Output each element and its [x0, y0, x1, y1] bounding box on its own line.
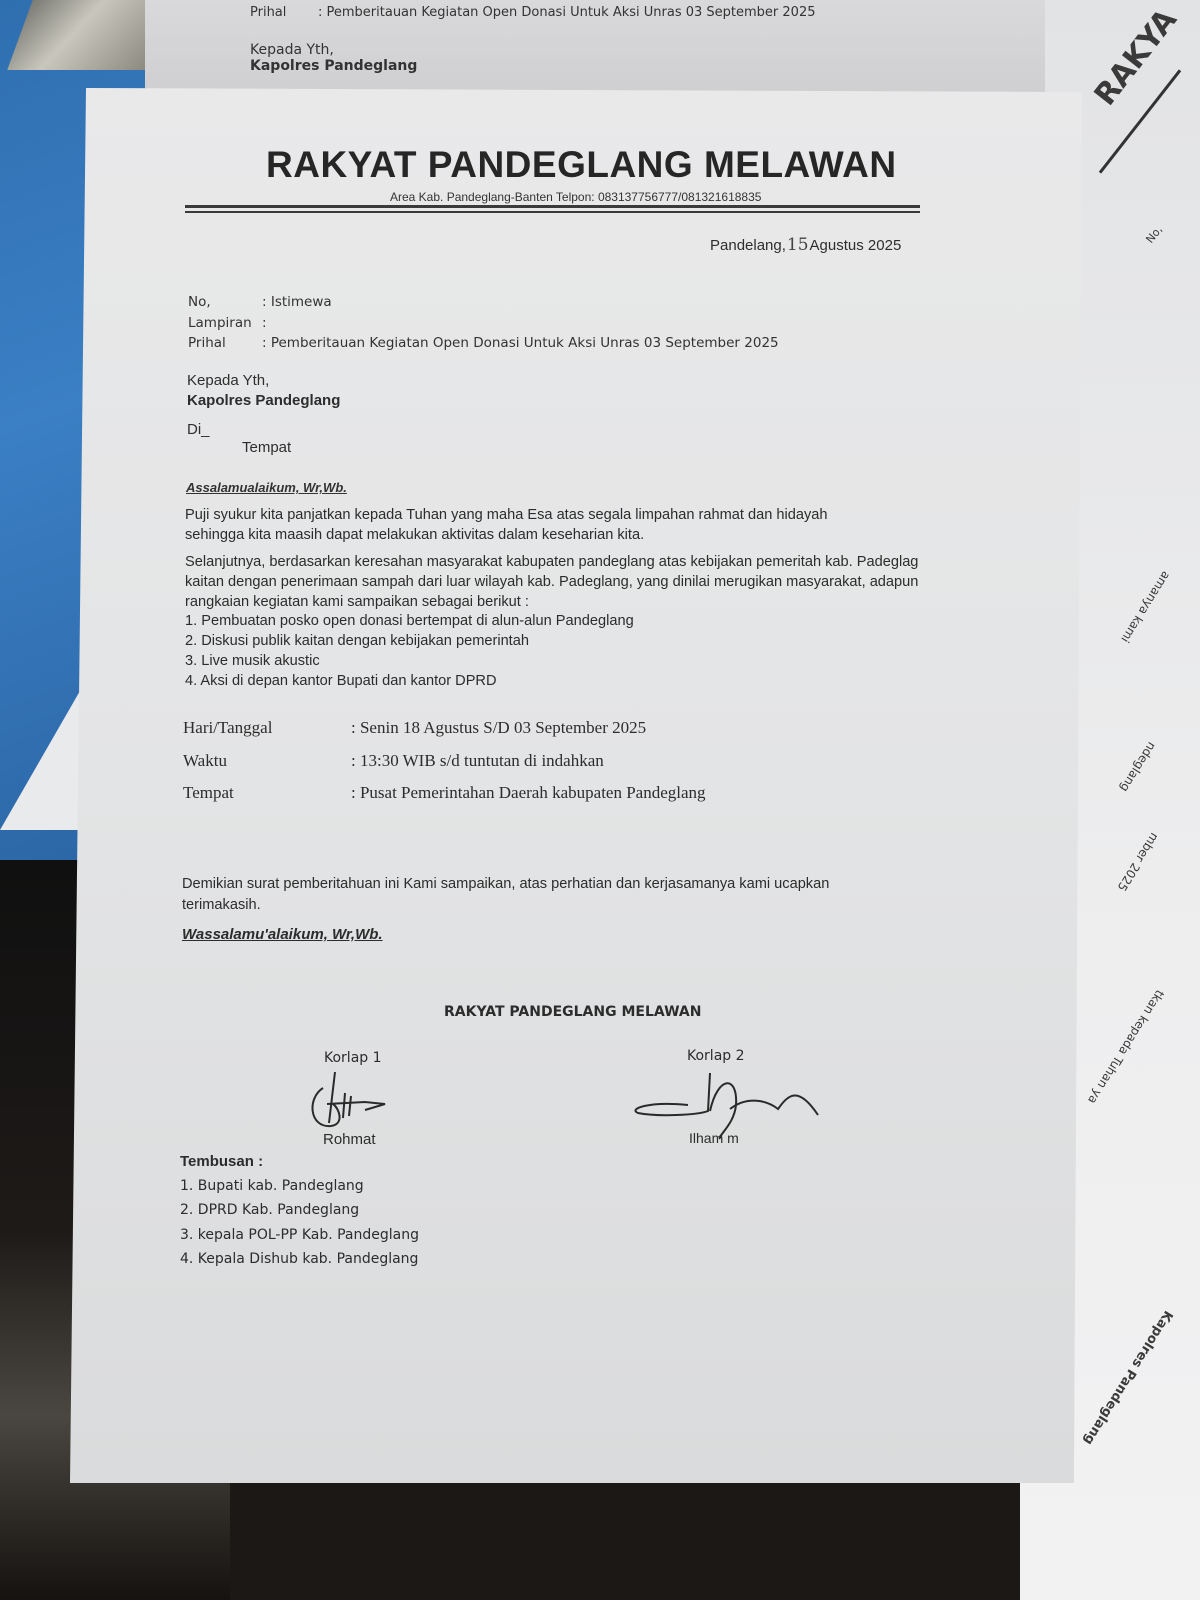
schedule-row: Waktu: 13:30 WIB s/d tuntutan di indahka… [183, 751, 604, 771]
date-rest: Agustus 2025 [810, 237, 902, 254]
tembusan-item: 4. Kepala Dishub kab. Pandeglang [180, 1251, 418, 1267]
meta-no: No,: Istimewa [188, 294, 332, 310]
recipient-intro: Kepada Yth, [187, 372, 269, 389]
recipient-place: Tempat [242, 439, 291, 456]
closing-paragraph: Demikian surat pemberitahuan ini Kami sa… [182, 874, 902, 916]
schedule-key: Hari/Tanggal [183, 718, 351, 738]
meta-label: Prihal [188, 335, 262, 351]
recipient-di: Di_ [187, 421, 210, 438]
paragraph-opening: Puji syukur kita panjatkan kepada Tuhan … [185, 505, 885, 545]
signer-1-role: Korlap 1 [324, 1050, 382, 1066]
greeting: Assalamualaikum, Wr,Wb. [186, 480, 347, 495]
schedule-row: Tempat: Pusat Pemerintahan Daerah kabupa… [183, 783, 706, 803]
letterhead-title: RAKYAT PANDEGLANG MELAWAN [266, 144, 897, 186]
activity-item: 3. Live musik akustic [185, 651, 634, 671]
date-place: Pandelang, [710, 237, 786, 254]
tembusan-item: 2. DPRD Kab. Pandeglang [180, 1202, 359, 1218]
schedule-value: : Pusat Pemerintahan Daerah kabupaten Pa… [351, 783, 706, 802]
handwritten-day: 15 [787, 235, 809, 255]
letterhead-rule [185, 205, 920, 208]
meta-prihal: Prihal: Pemberitauan Kegiatan Open Donas… [188, 335, 779, 351]
signer-2-name: Ilham m [689, 1130, 739, 1146]
tembusan-title: Tembusan : [180, 1153, 263, 1170]
recipient-name: Kapolres Pandeglang [187, 392, 340, 409]
activity-item: 2. Diskusi publik kaitan dengan kebijaka… [185, 631, 634, 651]
activity-item: 1. Pembuatan posko open donasi bertempat… [185, 611, 634, 631]
letterhead-address: Area Kab. Pandeglang-Banten Telpon: 0831… [390, 190, 761, 204]
letterhead-rule [185, 211, 920, 213]
tembusan-item: 3. kepala POL-PP Kab. Pandeglang [180, 1227, 419, 1243]
schedule-row: Hari/Tanggal: Senin 18 Agustus S/D 03 Se… [183, 718, 646, 738]
tembusan-item: 1. Bupati kab. Pandeglang [180, 1178, 364, 1194]
activities-list: 1. Pembuatan posko open donasi bertempat… [185, 611, 634, 691]
meta-lampiran: Lampiran: [188, 315, 267, 331]
farewell: Wassalamu'alaikum, Wr,Wb. [182, 926, 383, 943]
schedule-value: : 13:30 WIB s/d tuntutan di indahkan [351, 751, 604, 770]
signature-1 [305, 1068, 395, 1133]
signer-1-name: Rohmat [323, 1131, 376, 1148]
meta-value: : Pemberitauan Kegiatan Open Donasi Untu… [262, 335, 779, 351]
schedule-key: Tempat [183, 783, 351, 803]
signer-2-role: Korlap 2 [687, 1048, 745, 1064]
meta-label: Lampiran [188, 315, 262, 331]
letter-document: RAKYAT PANDEGLANG MELAWAN Area Kab. Pand… [0, 0, 1200, 1600]
paragraph-context: Selanjutnya, berdasarkan keresahan masya… [185, 552, 925, 612]
meta-value: : [262, 315, 267, 331]
schedule-value: : Senin 18 Agustus S/D 03 September 2025 [351, 718, 646, 737]
meta-value: : Istimewa [262, 294, 332, 310]
signature-organization: RAKYAT PANDEGLANG MELAWAN [444, 1004, 701, 1020]
schedule-key: Waktu [183, 751, 351, 771]
date-line: Pandelang,15Agustus 2025 [710, 235, 901, 255]
meta-label: No, [188, 294, 262, 310]
activity-item: 4. Aksi di depan kantor Bupati dan kanto… [185, 671, 634, 691]
